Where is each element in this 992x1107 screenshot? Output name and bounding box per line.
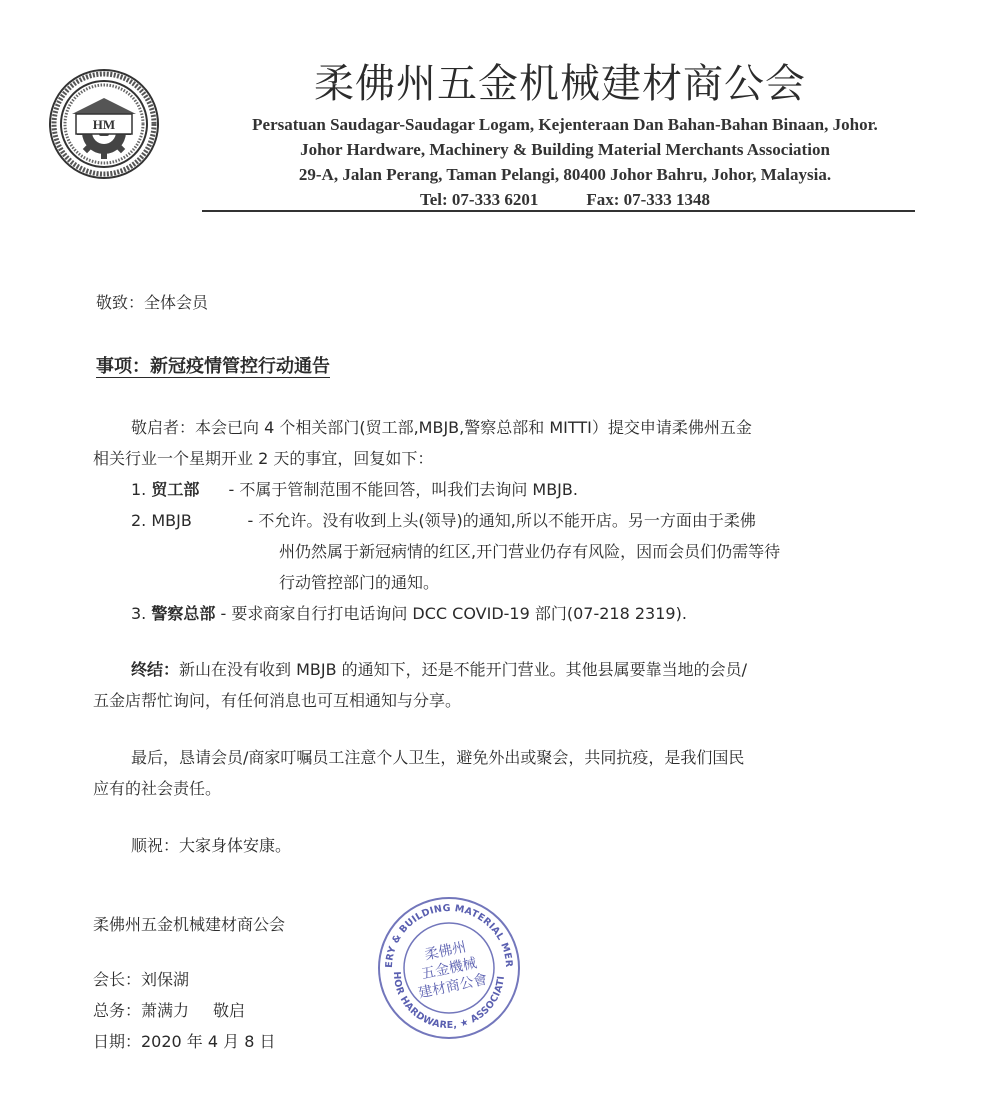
signature-president: 会长：刘保湖: [93, 967, 189, 990]
subject-heading: 事项：新冠疫情管控行动通告: [96, 352, 330, 378]
reply-item-2-continued-2: 行动管控部门的通知。: [279, 570, 439, 593]
item-number: 1.: [131, 480, 146, 499]
reply-item-2: 2. MBJB - 不允许。没有收到上头(领导)的通知,所以不能开店。另一方面由…: [131, 508, 756, 531]
association-address: 29-A, Jalan Perang, Taman Pelangi, 80400…: [220, 162, 910, 187]
association-emblem-icon: HM: [48, 68, 160, 180]
conclusion-line-2: 五金店帮忙询问，有任何消息也可互相通知与分享。: [93, 688, 461, 711]
secretary-name: 总务：萧满力: [93, 1001, 189, 1020]
item-department: 警察总部: [151, 601, 215, 624]
telephone: Tel: 07-333 6201: [420, 187, 538, 212]
reply-item-3: 3. 警察总部 - 要求商家自行打电话询问 DCC COVID-19 部门(07…: [131, 601, 687, 624]
final-paragraph-line-1: 最后，恳请会员/商家叮嘱员工注意个人卫生，避免外出或聚会，共同抗疫，是我们国民: [131, 745, 744, 768]
intro-paragraph-line-1: 敬启者：本会已向 4 个相关部门(贸工部,MBJB,警察总部和 MITTI）提交…: [131, 415, 752, 438]
official-seal-icon: MACHINERY & BUILDING MATERIAL MERCHANTS …: [374, 893, 524, 1043]
fax: Fax: 07-333 1348: [586, 187, 710, 212]
item-department: MBJB: [151, 511, 242, 530]
item-number: 2.: [131, 511, 146, 530]
conclusion-line-1: 终结：新山在没有收到 MBJB 的通知下，还是不能开门营业。其他县属要靠当地的会…: [131, 657, 747, 680]
conclusion-text: 新山在没有收到 MBJB 的通知下，还是不能开门营业。其他县属要靠当地的会员/: [179, 660, 747, 679]
letter-date: 日期：2020 年 4 月 8 日: [93, 1029, 276, 1052]
intro-paragraph-line-2: 相关行业一个星期开业 2 天的事宜，回复如下：: [93, 446, 433, 469]
item-reply: - 要求商家自行打电话询问 DCC COVID-19 部门(07-218 231…: [220, 604, 686, 623]
reply-item-2-continued-1: 州仍然属于新冠病情的红区,开门营业仍存有风险，因而会员们仍需等待: [279, 539, 780, 562]
conclusion-lead: 终结：: [131, 660, 179, 679]
item-number: 3.: [131, 604, 146, 623]
item-department: 贸工部: [151, 477, 223, 500]
letterhead-divider: [202, 210, 915, 212]
svg-text:HM: HM: [93, 117, 115, 132]
signoff: 敬启: [213, 1001, 245, 1020]
association-malay-name: Persatuan Saudagar-Saudagar Logam, Kejen…: [220, 112, 910, 137]
salutation: 敬致：全体会员: [96, 290, 208, 313]
closing-regards: 顺祝：大家身体安康。: [131, 833, 291, 856]
final-paragraph-line-2: 应有的社会责任。: [93, 776, 221, 799]
association-english-name: Johor Hardware, Machinery & Building Mat…: [220, 137, 910, 162]
signature-organization: 柔佛州五金机械建材商公会: [93, 912, 285, 935]
contact-row: Tel: 07-333 6201 Fax: 07-333 1348: [220, 187, 910, 212]
association-chinese-name: 柔佛州五金机械建材商公会: [200, 52, 920, 109]
letterhead-details: Persatuan Saudagar-Saudagar Logam, Kejen…: [220, 112, 910, 212]
item-reply: - 不属于管制范围不能回答，叫我们去询问 MBJB.: [228, 480, 578, 499]
signature-secretary: 总务：萧满力敬启: [93, 998, 245, 1021]
item-reply: - 不允许。没有收到上头(领导)的通知,所以不能开店。另一方面由于柔佛: [247, 511, 755, 530]
reply-item-1: 1. 贸工部 - 不属于管制范围不能回答，叫我们去询问 MBJB.: [131, 477, 578, 500]
